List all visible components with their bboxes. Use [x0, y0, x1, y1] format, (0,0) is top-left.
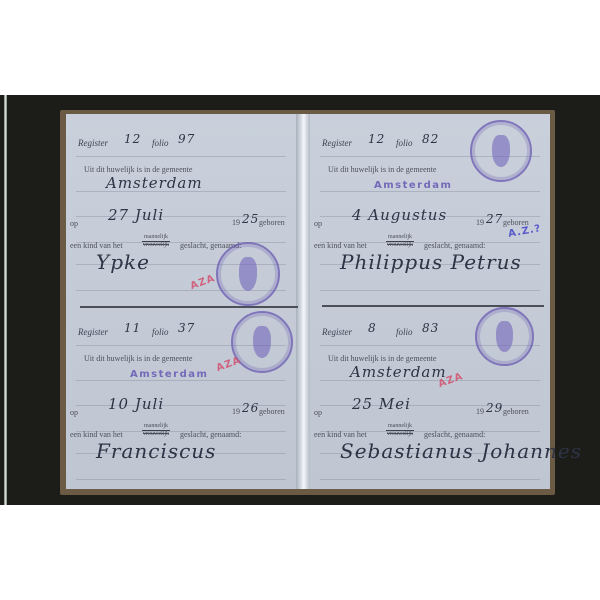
- folio-label: folio: [152, 138, 169, 148]
- municipality: Amsterdam: [350, 363, 447, 381]
- op-label: op: [70, 408, 78, 417]
- municipality: Amsterdam: [130, 369, 208, 380]
- gender-field: mannelijk vrouwelijk: [142, 234, 170, 249]
- folio-label: folio: [396, 138, 413, 148]
- municipality: Amsterdam: [106, 174, 203, 192]
- kind-suffix: geslacht, genaamd:: [180, 430, 241, 439]
- geboren-label: geboren: [503, 407, 529, 416]
- coat-of-arms-icon: [239, 257, 257, 291]
- film-edge: [4, 95, 7, 505]
- register-number: 11: [124, 321, 141, 335]
- gender-field: mannelijk vrouwelijk: [386, 423, 414, 438]
- marriage-line: Uit dit huwelijk is in de gemeente: [328, 165, 436, 174]
- register-entry: Register 12 folio 97 Uit dit huwelijk is…: [66, 114, 296, 300]
- birth-year: 29: [486, 401, 503, 415]
- folio-label: folio: [152, 327, 169, 337]
- child-name: Sebastianus Johannes: [340, 439, 582, 463]
- register-label: Register: [78, 327, 108, 337]
- birth-year: 25: [242, 212, 259, 226]
- register-label: Register: [322, 138, 352, 148]
- folio-number: 37: [178, 321, 195, 335]
- kind-suffix: geslacht, genaamd:: [424, 241, 485, 250]
- folio-label: folio: [396, 327, 413, 337]
- kind-suffix: geslacht, genaamd:: [424, 430, 485, 439]
- kind-prefix: een kind van het: [70, 430, 123, 439]
- official-seal: [475, 307, 534, 366]
- kind-prefix: een kind van het: [70, 241, 123, 250]
- folio-number: 97: [178, 132, 195, 146]
- child-name: Ypke: [96, 250, 150, 274]
- op-label: op: [70, 219, 78, 228]
- folio-number: 83: [422, 321, 439, 335]
- birth-year: 27: [486, 212, 503, 226]
- child-name: Franciscus: [96, 439, 216, 463]
- op-label: op: [314, 408, 322, 417]
- marriage-line: Uit dit huwelijk is in de gemeente: [84, 165, 192, 174]
- year-prefix: 19: [476, 218, 484, 227]
- year-prefix: 19: [232, 218, 240, 227]
- official-seal: [470, 120, 532, 182]
- gender-field: mannelijk vrouwelijk: [142, 423, 170, 438]
- birth-date: 25 Mei: [352, 395, 411, 413]
- birth-year: 26: [242, 401, 259, 415]
- birth-date: 10 Juli: [108, 395, 164, 413]
- register-number: 8: [368, 321, 377, 335]
- register-entry: Register 12 folio 82 Uit dit huwelijk is…: [310, 114, 550, 300]
- folio-number: 82: [422, 132, 439, 146]
- coat-of-arms-icon: [496, 321, 513, 352]
- register-number: 12: [368, 132, 385, 146]
- op-label: op: [314, 219, 322, 228]
- geboren-label: geboren: [259, 218, 285, 227]
- register-entry: Register 11 folio 37 Uit dit huwelijk is…: [66, 303, 296, 489]
- birth-date: 27 Juli: [108, 206, 164, 224]
- register-number: 12: [124, 132, 141, 146]
- gender-field: mannelijk vrouwelijk: [386, 234, 414, 249]
- marriage-line: Uit dit huwelijk is in de gemeente: [328, 354, 436, 363]
- kind-prefix: een kind van het: [314, 430, 367, 439]
- year-prefix: 19: [476, 407, 484, 416]
- kind-prefix: een kind van het: [314, 241, 367, 250]
- register-label: Register: [322, 327, 352, 337]
- coat-of-arms-icon: [492, 135, 509, 167]
- birth-date: 4 Augustus: [352, 206, 447, 224]
- coat-of-arms-icon: [253, 326, 270, 358]
- child-name: Philippus Petrus: [340, 250, 522, 274]
- marriage-line: Uit dit huwelijk is in de gemeente: [84, 354, 192, 363]
- stamp-mark: AZA: [215, 355, 243, 374]
- register-entry: Register 8 folio 83 Uit dit huwelijk is …: [310, 303, 550, 489]
- year-prefix: 19: [232, 407, 240, 416]
- municipality: Amsterdam: [374, 180, 452, 191]
- register-label: Register: [78, 138, 108, 148]
- official-seal: [216, 242, 280, 306]
- booklet-gutter: [296, 114, 310, 489]
- geboren-label: geboren: [259, 407, 285, 416]
